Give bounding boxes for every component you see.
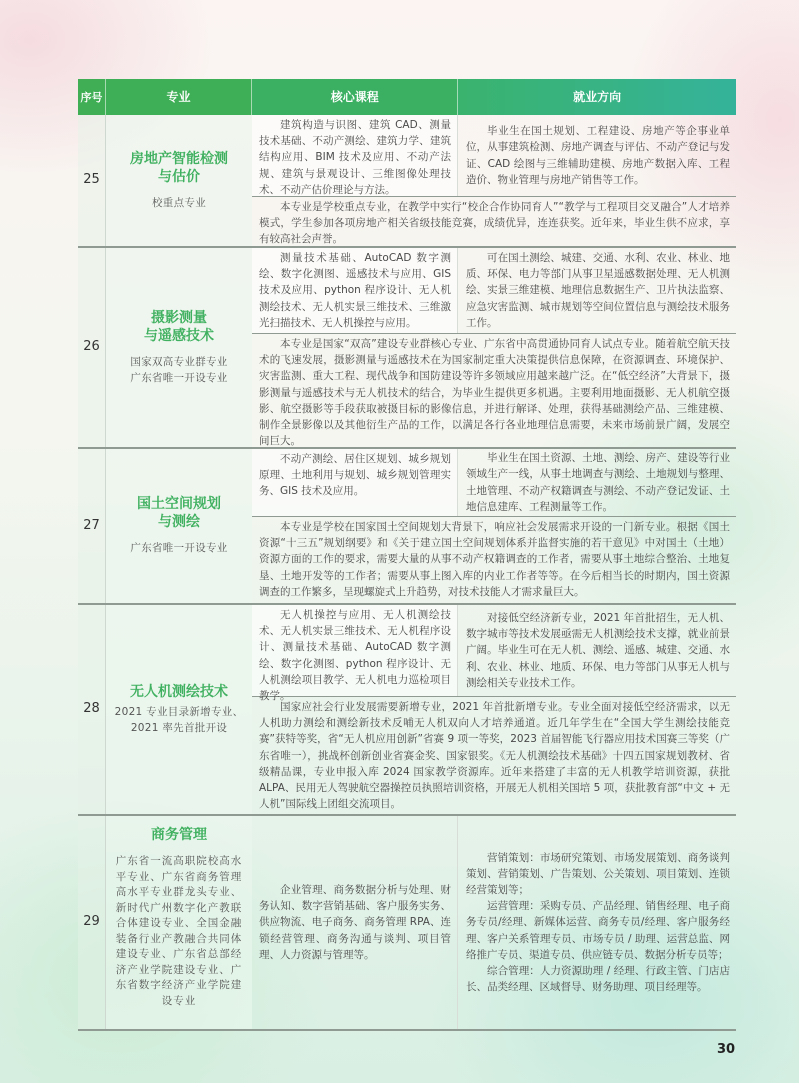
core-courses: 建筑构造与识图、建筑 CAD、测量技术基础、不动产测绘、建筑力学、建筑结构应用、… — [252, 115, 458, 196]
major-name: 摄影测量 与遥感技术 — [144, 309, 214, 345]
major-tag: 广东省一流高职院校高水平专业、广东省商务管理高水平专业群龙头专业、新时代广州数字… — [114, 854, 244, 1009]
header-jobs: 就业方向 — [458, 79, 736, 115]
row-number: 28 — [78, 605, 106, 814]
core-courses: 测量技术基础、AutoCAD 数字测绘、数字化测图、遥感技术与应用、GIS 技术… — [252, 248, 458, 333]
major-tag: 国家双高专业群专业 广东省唯一开设专业 — [130, 355, 227, 386]
majors-table: 序号 专业 核心课程 就业方向 25 房地产智能检测 与估价 校重点专业 建筑构… — [78, 79, 736, 1031]
core-courses: 无人机操控与应用、无人机测绘技术、无人机实景三维技术、无人机程序设计、测量技术基… — [252, 605, 458, 696]
major-tag-line: 广东省唯一开设专业 — [130, 371, 227, 387]
employment-text: 综合管理：人力资源助理 / 经理、行政主管、门店店长、品类经理、区域督导、财务助… — [466, 963, 730, 995]
major-cell: 摄影测量 与遥感技术 国家双高专业群专业 广东省唯一开设专业 — [106, 248, 252, 447]
major-tag-line: 2021 率先首批开设 — [115, 721, 244, 737]
core-courses: 不动产测绘、居住区规划、城乡规划原理、土地利用与规划、城乡规划管理实务、GIS … — [252, 449, 458, 516]
table-row: 28 无人机测绘技术 2021 专业目录新增专业、 2021 率先首批开设 无人… — [78, 605, 736, 816]
major-name-line: 房地产智能检测 — [130, 150, 228, 168]
major-cell: 国土空间规划 与测绘 广东省唯一开设专业 — [106, 449, 252, 603]
major-name-line: 与遥感技术 — [144, 327, 214, 345]
major-cell: 无人机测绘技术 2021 专业目录新增专业、 2021 率先首批开设 — [106, 605, 252, 814]
table-row: 26 摄影测量 与遥感技术 国家双高专业群专业 广东省唯一开设专业 测量技术基础… — [78, 248, 736, 449]
employment-text: 对接低空经济新专业，2021 年首批招生，无人机、数字城市等技术发展亟需无人机测… — [466, 610, 730, 691]
employment-text: 营销策划：市场研究策划、市场发展策划、商务谈判策划、营销策划、广告策划、公关策划… — [466, 850, 730, 899]
major-description: 本专业是学校在国家国土空间规划大背景下，响应社会发展需求开设的一门新专业。根据《… — [252, 517, 736, 602]
major-description: 本专业是国家“双高”建设专业群核心专业、广东省中高贯通协同育人试点专业。随着航空… — [252, 334, 736, 451]
major-description: 本专业是学校重点专业，在教学中实行“校企合作协同育人”“教学与工程项目交叉融合”… — [252, 197, 736, 250]
major-name: 商务管理 — [151, 826, 207, 844]
major-name: 无人机测绘技术 — [130, 683, 228, 701]
row-number: 26 — [78, 248, 106, 447]
employment-direction: 可在国土测绘、城建、交通、水利、农业、林业、地质、环保、电力等部门从事卫星遥感数… — [458, 248, 736, 333]
header-courses: 核心课程 — [252, 79, 458, 115]
major-name-line: 与估价 — [130, 168, 228, 186]
employment-text: 运营管理：采购专员、产品经理、销售经理、电子商务专员/经理、新媒体运营、商务专员… — [466, 898, 730, 963]
major-tag-line: 国家双高专业群专业 — [130, 355, 227, 371]
row-number: 29 — [78, 816, 106, 1029]
major-name: 房地产智能检测 与估价 — [130, 150, 228, 186]
employment-text: 毕业生在国土资源、土地、测绘、房产、建设等行业领域生产一线，从事土地调查与测绘、… — [466, 450, 730, 515]
major-tag: 广东省唯一开设专业 — [130, 541, 227, 557]
row-number: 25 — [78, 115, 106, 246]
employment-text: 可在国土测绘、城建、交通、水利、农业、林业、地质、环保、电力等部门从事卫星遥感数… — [466, 250, 730, 331]
employment-direction: 营销策划：市场研究策划、市场发展策划、商务谈判策划、营销策划、广告策划、公关策划… — [458, 816, 736, 1029]
page-number: 30 — [717, 1042, 735, 1057]
row-number: 27 — [78, 449, 106, 603]
header-major: 专业 — [106, 79, 252, 115]
table-row: 29 商务管理 广东省一流高职院校高水平专业、广东省商务管理高水平专业群龙头专业… — [78, 816, 736, 1031]
table-row: 25 房地产智能检测 与估价 校重点专业 建筑构造与识图、建筑 CAD、测量技术… — [78, 115, 736, 248]
major-tag: 校重点专业 — [152, 196, 206, 212]
major-cell: 商务管理 广东省一流高职院校高水平专业、广东省商务管理高水平专业群龙头专业、新时… — [106, 816, 252, 1029]
major-cell: 房地产智能检测 与估价 校重点专业 — [106, 115, 252, 246]
major-description: 国家应社会行业发展需要新增专业，2021 年首批新增专业。专业全面对接低空经济需… — [252, 697, 736, 814]
major-tag: 2021 专业目录新增专业、 2021 率先首批开设 — [115, 705, 244, 736]
employment-direction: 毕业生在国土资源、土地、测绘、房产、建设等行业领域生产一线，从事土地调查与测绘、… — [458, 449, 736, 516]
header-no: 序号 — [78, 79, 106, 115]
major-name: 国土空间规划 与测绘 — [137, 495, 221, 531]
table-header: 序号 专业 核心课程 就业方向 — [78, 79, 736, 115]
employment-direction: 毕业生在国土规划、工程建设、房地产等企事业单位，从事建筑检测、房地产调查与评估、… — [458, 115, 736, 196]
major-tag-line: 2021 专业目录新增专业、 — [115, 705, 244, 721]
employment-text: 毕业生在国土规划、工程建设、房地产等企事业单位，从事建筑检测、房地产调查与评估、… — [466, 123, 730, 188]
core-courses: 企业管理、商务数据分析与处理、财务认知、数字营销基础、客户服务实务、供应物流、电… — [252, 816, 458, 1029]
major-name-line: 国土空间规划 — [137, 495, 221, 513]
major-name-line: 与测绘 — [137, 513, 221, 531]
employment-direction: 对接低空经济新专业，2021 年首批招生，无人机、数字城市等技术发展亟需无人机测… — [458, 605, 736, 696]
table-row: 27 国土空间规划 与测绘 广东省唯一开设专业 不动产测绘、居住区规划、城乡规划… — [78, 449, 736, 605]
major-name-line: 摄影测量 — [144, 309, 214, 327]
